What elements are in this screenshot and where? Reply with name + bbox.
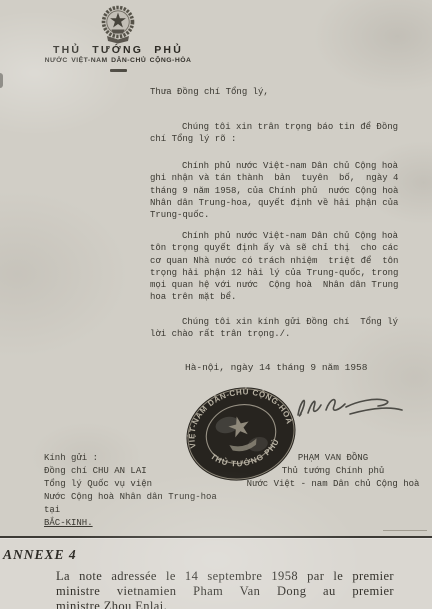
section-divider (0, 536, 432, 539)
scan-smudge (0, 73, 3, 88)
scan-line-artifact (383, 530, 427, 531)
national-emblem-icon (95, 3, 141, 47)
paragraph-acknowledgement: Chính phủ nước Việt-nam Dân chủ Cộng hoà… (150, 160, 410, 221)
paragraph-respect: Chính phủ nước Việt-nam Dân chủ Cộng hoà… (150, 230, 410, 304)
annexe-caption: La note adressée le 14 septembre 1958 pa… (56, 569, 394, 609)
letterhead-country: NƯỚC VIỆT-NAM DÂN-CHỦ CỘNG-HÒA (28, 57, 208, 64)
letterhead-office: THỦ TƯỚNG PHỦ (40, 44, 196, 56)
recipient-city: BẮC-KINH. (44, 517, 217, 530)
government-seal: VIỆT-NAM DÂN-CHỦ CỘNG-HOÀ THỦ TƯỚNG PHỦ (183, 386, 299, 482)
paragraph-intro: Chúng tôi xin trân trọng báo tin để Đồng… (150, 121, 410, 146)
dateline: Hà-nội, ngày 14 tháng 9 năm 1958 (185, 362, 367, 374)
salutation: Thưa Đồng chí Tổng lý, (150, 86, 410, 98)
letterhead-rule (110, 69, 127, 72)
signature-scrawl (288, 383, 412, 431)
paragraph-closing: Chúng tôi xin kính gửi Đồng chí Tổng lý … (150, 316, 410, 341)
scanned-letter-page: THỦ TƯỚNG PHỦ NƯỚC VIỆT-NAM DÂN-CHỦ CỘNG… (0, 0, 432, 609)
annexe-heading: ANNEXE 4 (3, 547, 77, 563)
recipient-country: Nước Cộng hoà Nhân dân Trung-hoa (44, 491, 217, 504)
